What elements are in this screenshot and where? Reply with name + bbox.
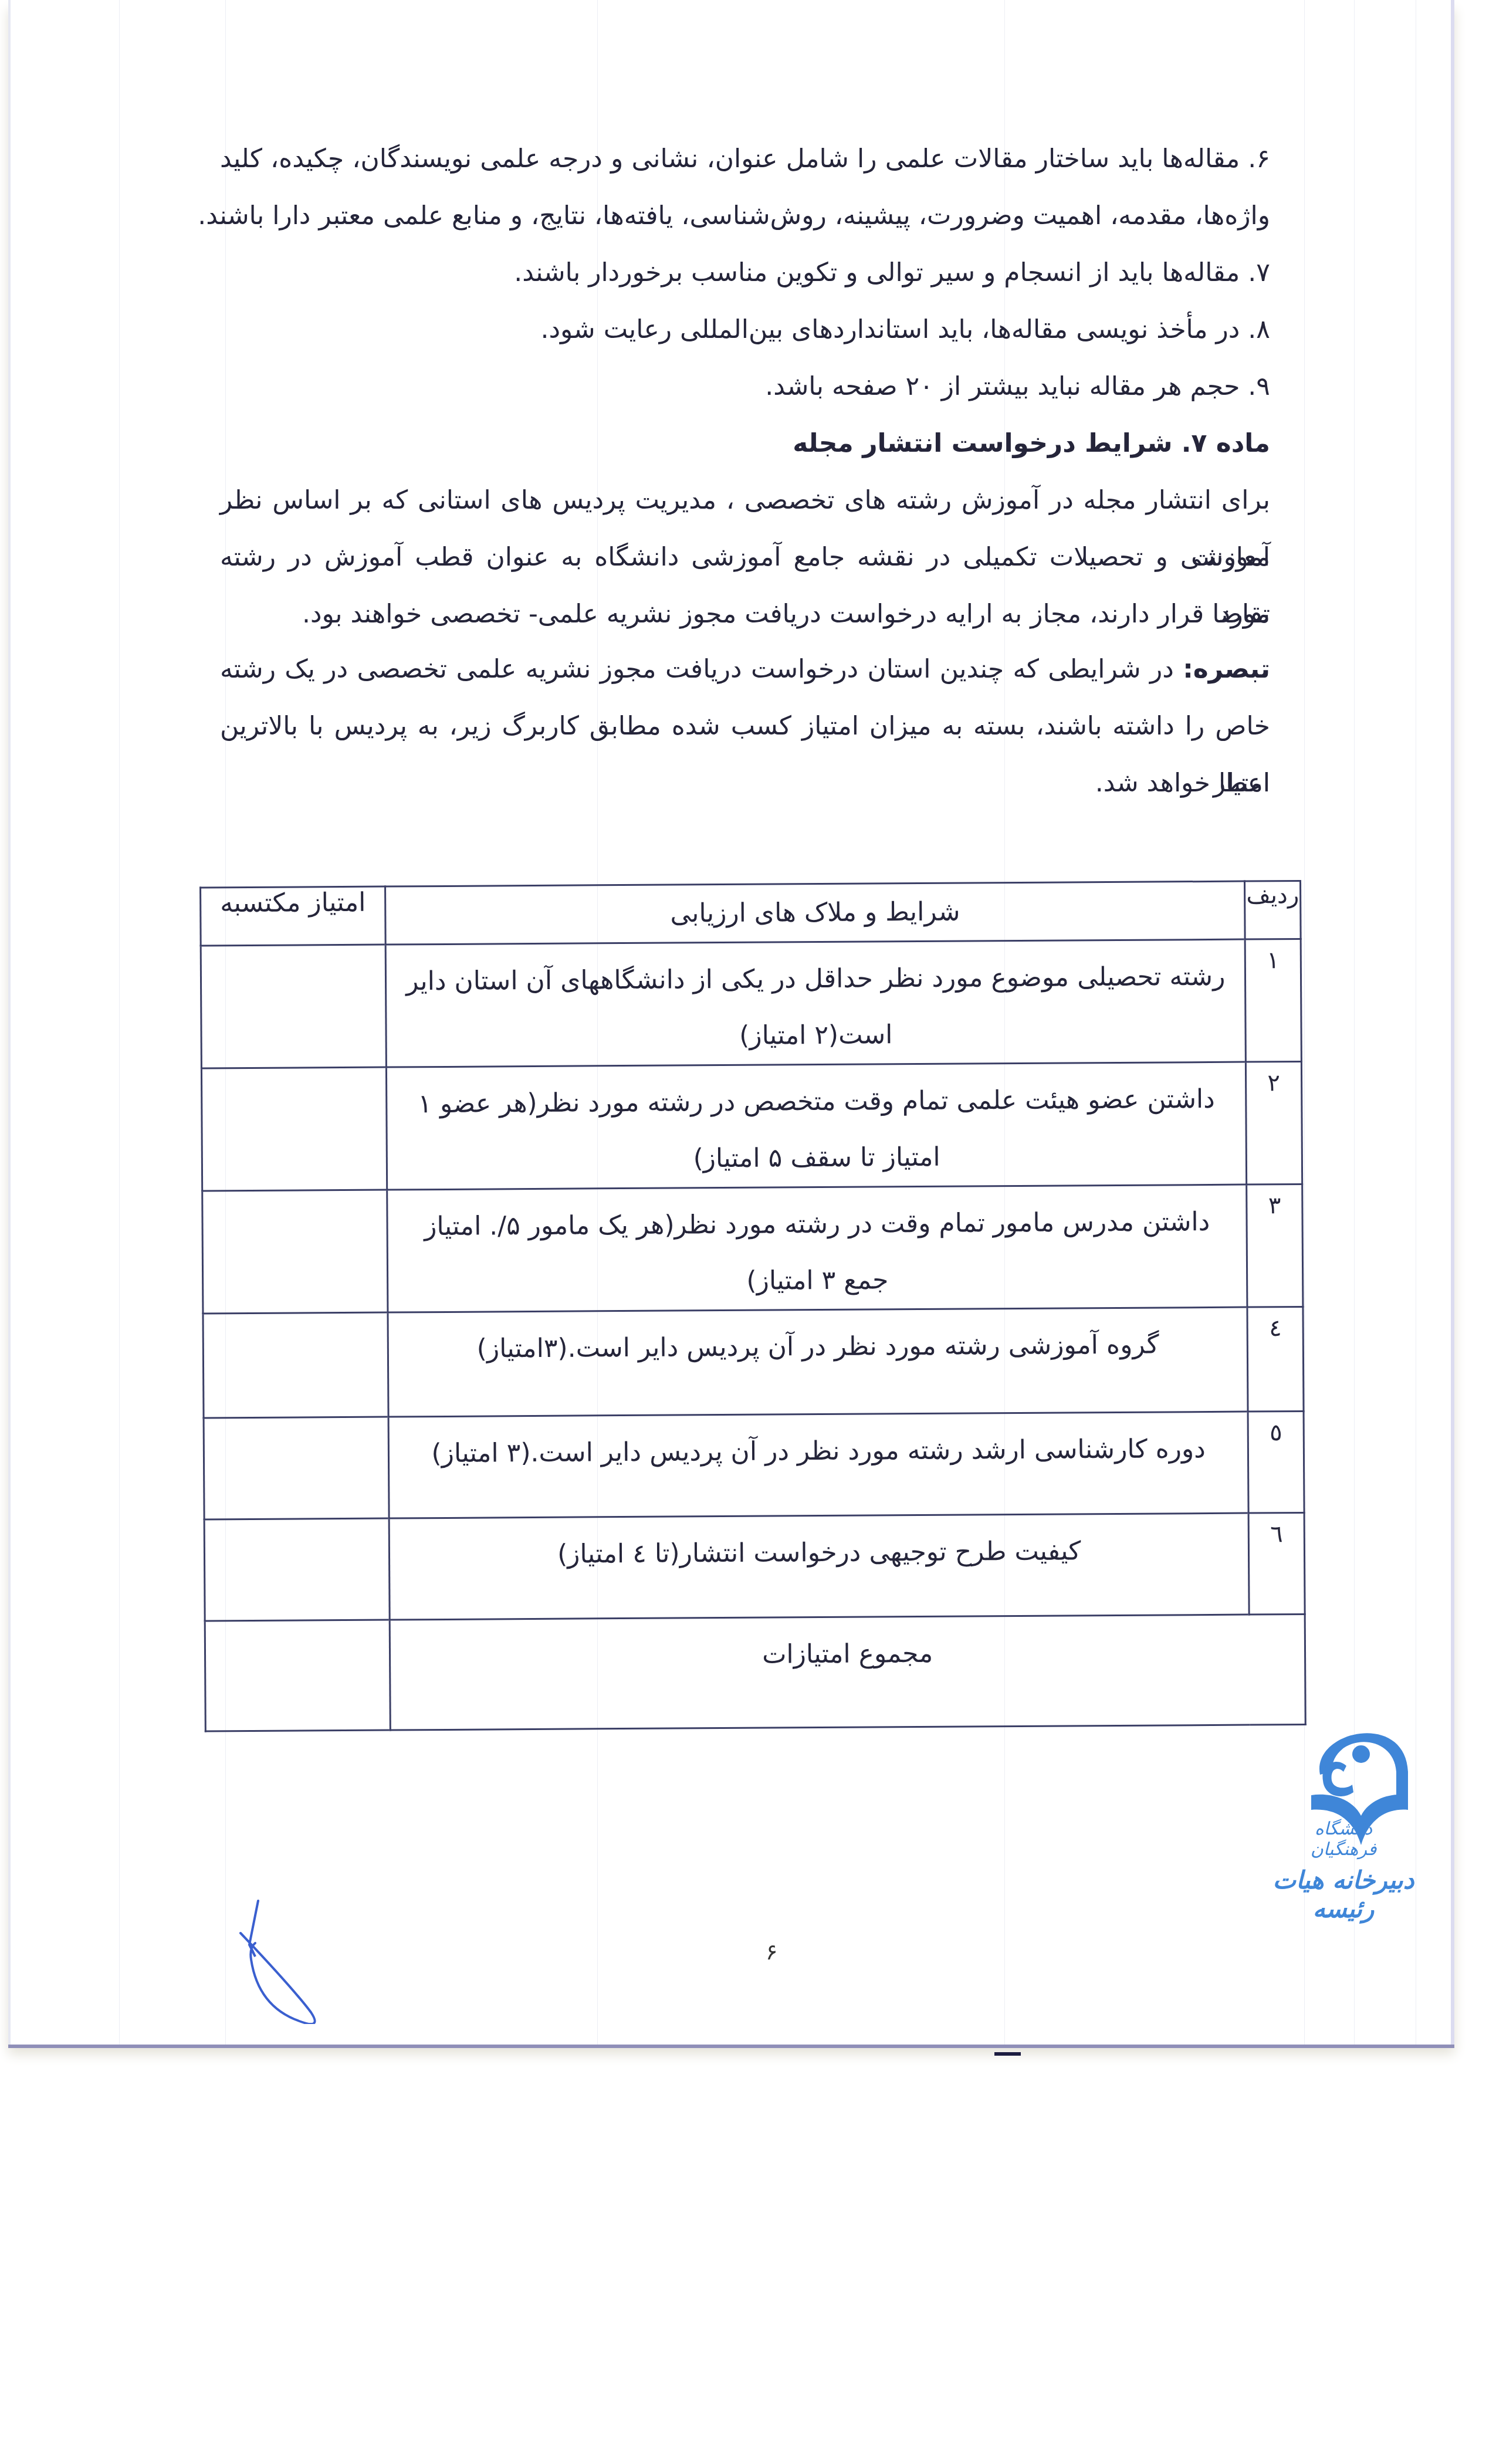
item-6-line-2: واژه‌ها، مقدمه، اهمیت وضرورت، پیشینه، رو… bbox=[220, 187, 1270, 244]
section-body-line-3: تقاضا قرار دارند، مجاز به ارایه درخواست … bbox=[220, 585, 1270, 642]
row-criteria: دوره کارشناسی ارشد رشته مورد نظر در آن پ… bbox=[388, 1412, 1248, 1518]
table-row: ۱ رشته تحصیلی موضوع مورد نظر حداقل در یک… bbox=[201, 939, 1301, 1068]
row-index: ۳ bbox=[1247, 1184, 1303, 1307]
row-criteria: داشتن عضو هیئت علمی تمام وقت متخصص در رش… bbox=[387, 1062, 1247, 1190]
row-score-cell[interactable] bbox=[204, 1518, 390, 1621]
item-7: ۷. مقاله‌ها باید از انسجام و سیر توالی و… bbox=[220, 244, 1270, 301]
table-header-row: ردیف شرایط و ملاک های ارزیابی امتیاز مکت… bbox=[201, 881, 1301, 946]
row-score-cell[interactable] bbox=[202, 1190, 388, 1314]
header-score: امتیاز مکتسبه bbox=[201, 886, 386, 946]
item-9: ۹. حجم هر مقاله نباید بیشتر از ۲۰ صفحه ب… bbox=[220, 358, 1270, 415]
item-6-line-1: ۶. مقاله‌ها باید ساختار مقالات علمی را ش… bbox=[220, 130, 1270, 187]
note-line-3: اعطا خواهد شد. bbox=[220, 754, 1270, 811]
total-label: مجموع امتیازات bbox=[390, 1614, 1305, 1730]
evaluation-table: ردیف شرایط و ملاک های ارزیابی امتیاز مکت… bbox=[199, 880, 1307, 1732]
note-line-1: تبصره: در شرایطی که چندین استان درخواست … bbox=[220, 641, 1270, 698]
section-body-line-1: برای انتشار مجله در آموزش رشته های تخصصی… bbox=[220, 472, 1270, 529]
page-number: ۶ bbox=[766, 1939, 777, 1965]
note-label: تبصره: bbox=[1183, 654, 1270, 684]
stamp-university-name: دانشگاه فرهنگیان bbox=[1285, 1819, 1402, 1860]
table-row: ۳ داشتن مدرس مامور تمام وقت در رشته مورد… bbox=[202, 1184, 1303, 1313]
header-criteria: شرایط و ملاک های ارزیابی bbox=[385, 881, 1245, 945]
signature-icon bbox=[223, 1889, 399, 2024]
row-criteria: داشتن مدرس مامور تمام وقت در رشته مورد ن… bbox=[387, 1184, 1247, 1312]
row-criteria: گروه آموزشی رشته مورد نظر در آن پردیس دا… bbox=[388, 1307, 1248, 1417]
table-row: ٥ دوره کارشناسی ارشد رشته مورد نظر در آن… bbox=[204, 1411, 1304, 1519]
table-row: ٦ کیفیت طرح توجیهی درخواست انتشار(تا ٤ ا… bbox=[204, 1512, 1305, 1620]
row-index: ۲ bbox=[1246, 1062, 1302, 1185]
row-criteria: رشته تحصیلی موضوع مورد نظر حداقل در یکی … bbox=[385, 939, 1245, 1067]
scan-artifact-line bbox=[119, 0, 120, 2045]
table-row: ٤ گروه آموزشی رشته مورد نظر در آن پردیس … bbox=[203, 1307, 1304, 1417]
row-criteria: کیفیت طرح توجیهی درخواست انتشار(تا ٤ امت… bbox=[389, 1513, 1249, 1620]
section-body-line-2: آموزشی و تحصیلات تکمیلی در نقشه جامع آمو… bbox=[220, 529, 1270, 585]
total-score-cell[interactable] bbox=[205, 1620, 390, 1731]
row-score-cell[interactable] bbox=[201, 945, 386, 1068]
row-index: ٥ bbox=[1248, 1411, 1304, 1513]
row-index: ٤ bbox=[1247, 1307, 1304, 1412]
header-row-number: ردیف bbox=[1245, 881, 1301, 940]
article-requirements-list: ۶. مقاله‌ها باید ساختار مقالات علمی را ش… bbox=[220, 130, 1270, 415]
row-score-cell[interactable] bbox=[203, 1312, 388, 1418]
row-score-cell[interactable] bbox=[204, 1417, 389, 1519]
table-total-row: مجموع امتیازات bbox=[205, 1614, 1305, 1731]
note-line-2: خاص را داشته باشند، بسته به میزان امتیاز… bbox=[220, 698, 1270, 754]
row-score-cell[interactable] bbox=[201, 1067, 387, 1191]
note-paragraph: تبصره: در شرایطی که چندین استان درخواست … bbox=[220, 641, 1270, 811]
row-index: ۱ bbox=[1245, 939, 1301, 1062]
note-line-1-text: در شرایطی که چندین استان درخواست دریافت … bbox=[220, 654, 1183, 684]
item-8: ۸. در مأخذ نویسی مقاله‌ها، باید استاندار… bbox=[220, 301, 1270, 358]
section-7: ماده ۷. شرایط درخواست انتشار مجله برای ا… bbox=[220, 415, 1270, 642]
table-row: ۲ داشتن عضو هیئت علمی تمام وقت متخصص در … bbox=[201, 1062, 1302, 1191]
row-index: ٦ bbox=[1248, 1512, 1305, 1615]
scan-bottom-mark bbox=[994, 2052, 1021, 2056]
stamp-office-name: دبیرخانه هیات رئیسه bbox=[1250, 1866, 1437, 1923]
section-heading: ماده ۷. شرایط درخواست انتشار مجله bbox=[220, 415, 1270, 472]
